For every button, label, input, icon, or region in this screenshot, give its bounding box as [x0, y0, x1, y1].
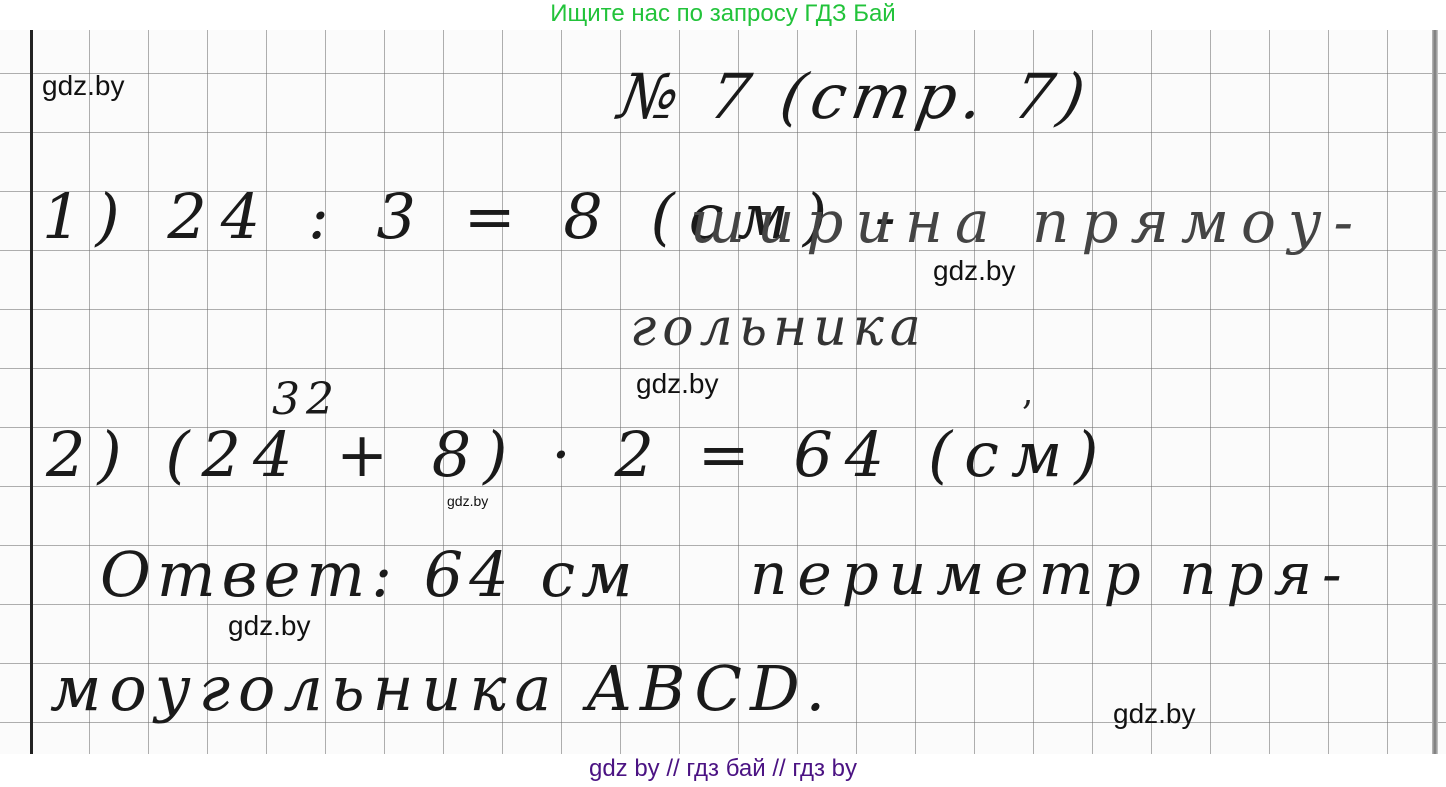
page-edge-shadow	[1432, 30, 1438, 754]
answer-text: периметр пря-	[750, 540, 1352, 608]
answer-text-cont: моугольника ABCD.	[50, 652, 833, 725]
step1-description: ширина прямоу-	[690, 188, 1365, 256]
watermark: gdz.by	[636, 368, 719, 400]
answer-label: Ответ: 64 см	[100, 538, 639, 611]
watermark: gdz.by	[933, 255, 1016, 287]
step1-description-cont: гольника	[630, 298, 927, 358]
watermark: gdz.by	[1113, 698, 1196, 730]
site-links-footer: gdz by // гдз бай // гдз by	[0, 754, 1446, 787]
step2-expression: 2) (24 + 8) · 2 = 64 (см)	[46, 418, 1110, 491]
notebook-margin-line	[30, 30, 33, 754]
watermark-small: gdz.by	[447, 493, 488, 509]
notebook-page	[0, 30, 1446, 754]
exercise-title: № 7 (стр. 7)	[614, 60, 1097, 133]
search-hint-banner: Ищите нас по запросу ГДЗ Бай	[0, 0, 1446, 30]
watermark: gdz.by	[42, 70, 125, 102]
stray-comma-mark: ,	[1022, 372, 1033, 413]
watermark: gdz.by	[228, 610, 311, 642]
